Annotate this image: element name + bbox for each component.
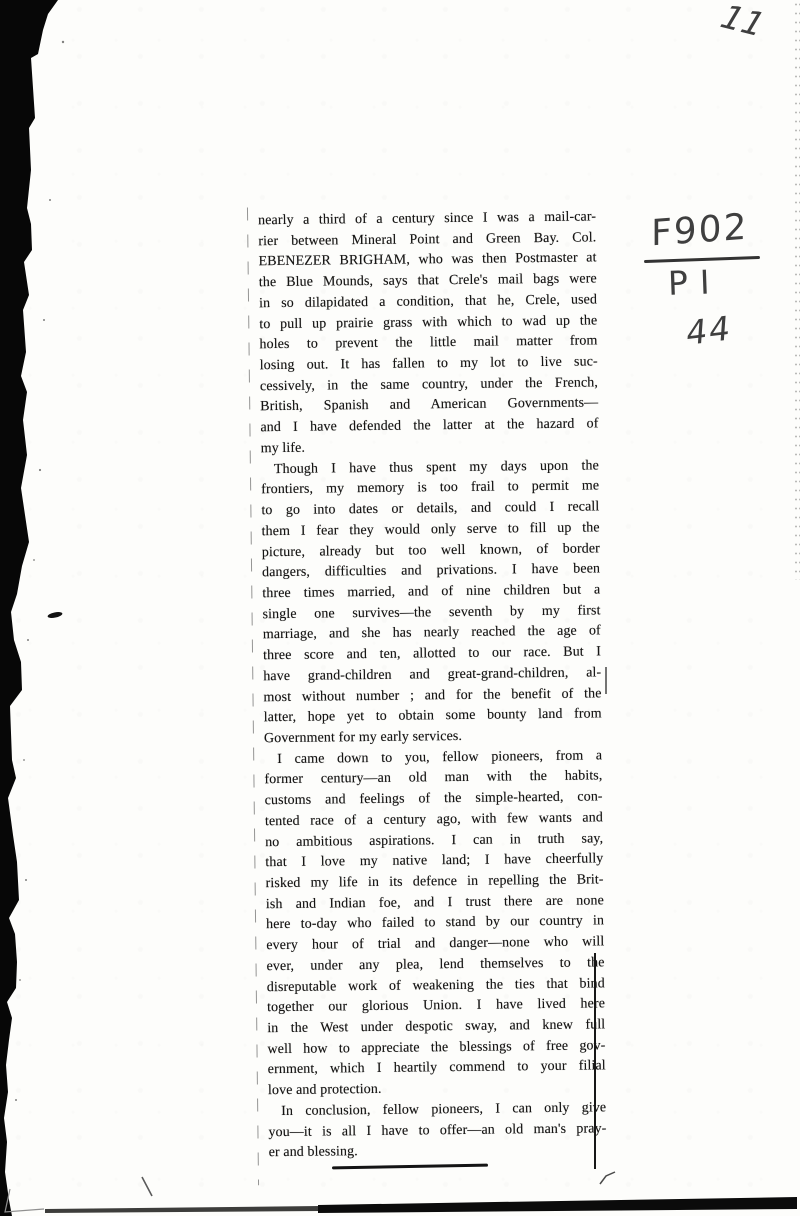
handwritten-page-number: 11: [717, 0, 769, 41]
corner-crease-mark: [5, 1189, 44, 1212]
paragraph: Though I have thus spent my days upon th…: [261, 456, 602, 750]
text-line: latter, hope yet to obtain some bounty l…: [264, 705, 602, 730]
ink-fleck: [47, 611, 63, 619]
handwritten-catalog-code-line3: 44: [684, 311, 734, 349]
column-rule-right: [594, 953, 596, 1169]
section-divider-rule: [332, 1164, 488, 1170]
scan-edge-noise: [794, 0, 800, 580]
scanned-page: nearly a third of a century since I was …: [0, 0, 800, 1216]
column-rule-right-fragment: [605, 667, 607, 694]
pencil-tick-mark: [600, 1172, 615, 1184]
text-line: ernment, which I heartily commend to you…: [268, 1057, 606, 1082]
article-text: nearly a third of a century since I was …: [258, 207, 607, 1164]
text-line: and I have defended the latter at the ha…: [260, 415, 598, 440]
paragraph: nearly a third of a century since I was …: [258, 207, 599, 459]
paragraph: I came down to you, fellow pioneers, fro…: [264, 746, 606, 1102]
handwritten-catalog-code: F902: [651, 210, 748, 253]
pencil-backslash-mark: [142, 1177, 152, 1196]
torn-paper-edge: [0, 0, 70, 1216]
paragraph: In conclusion, fellow pioneers, I can on…: [268, 1098, 607, 1164]
article-column: nearly a third of a century since I was …: [258, 207, 607, 1164]
text-line: er and blessing.: [269, 1140, 607, 1165]
text-line: you—it is all I have to offer—an old man…: [268, 1119, 606, 1144]
handwritten-catalog-code-line2: PI: [667, 265, 722, 300]
column-rule-left: [247, 207, 259, 1185]
